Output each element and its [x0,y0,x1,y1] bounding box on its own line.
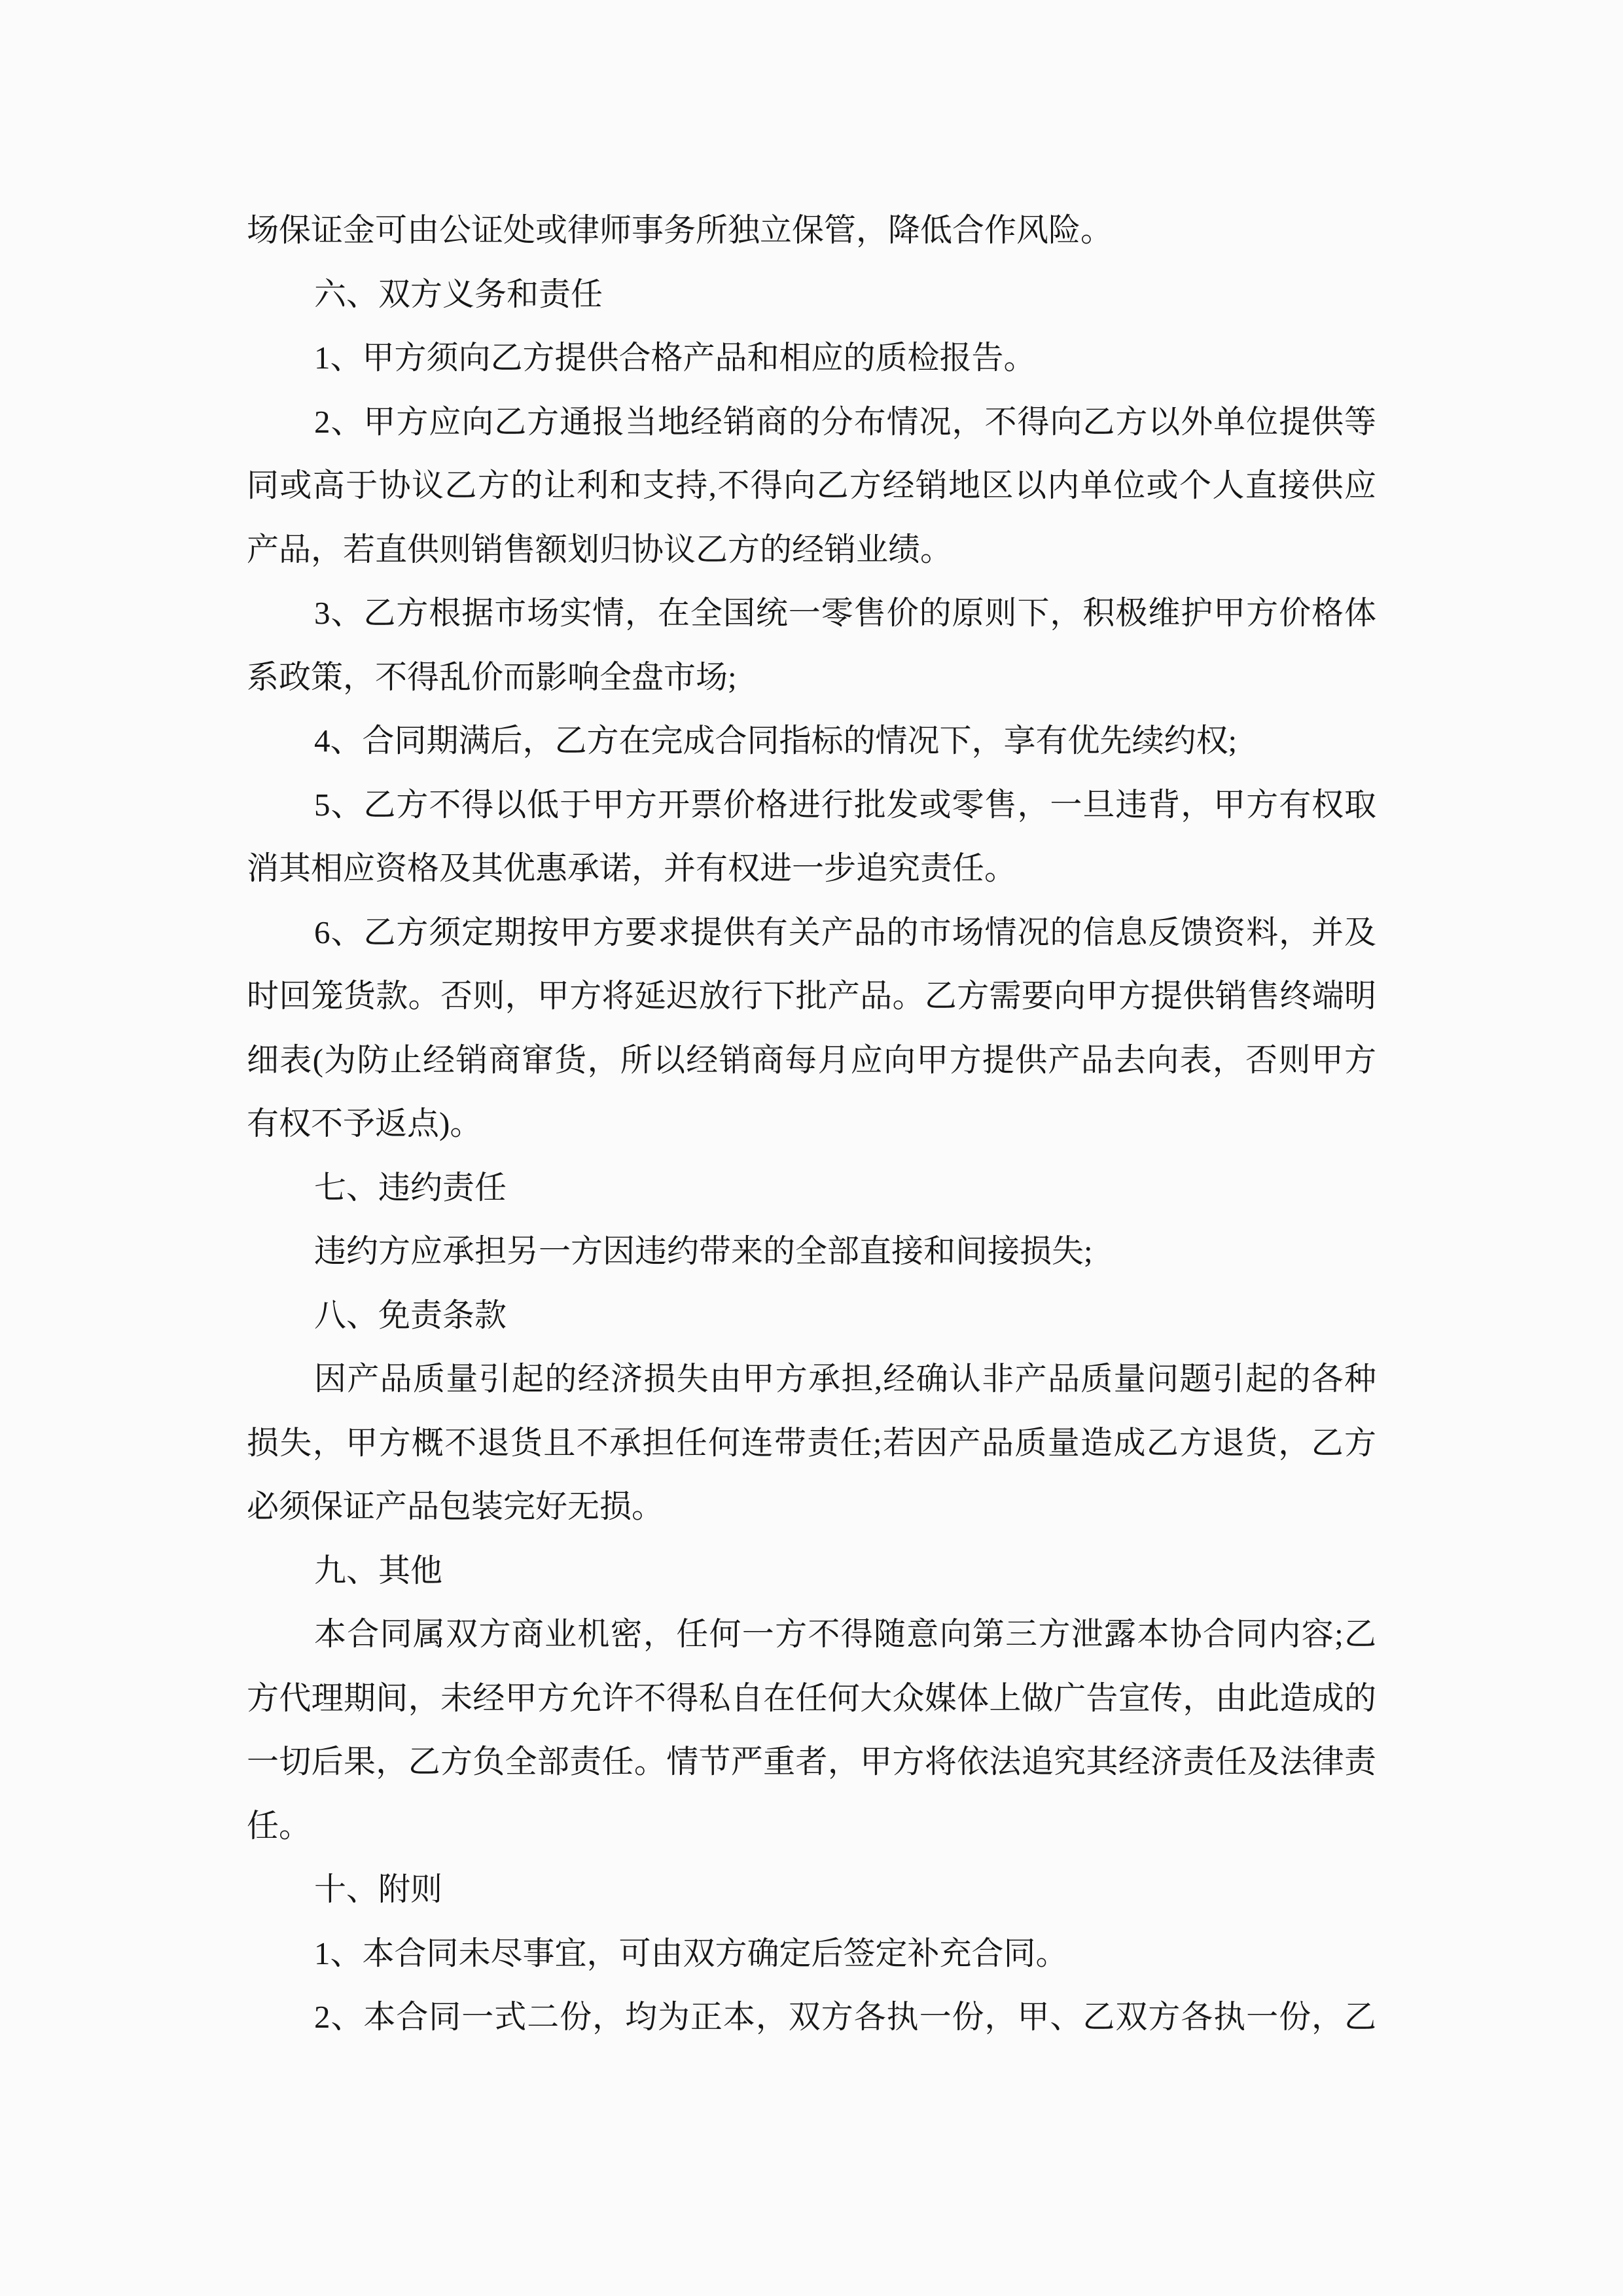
text-line: 六、双方义务和责任 [247,262,1376,327]
text-line: 九、其他 [247,1539,1376,1603]
text-line: 5、乙方不得以低于甲方开票价格进行批发或零售，一旦违背，甲方有权取 [247,773,1376,837]
text-line: 因产品质量引起的经济损失由甲方承担,经确认非产品质量问题引起的各种 [247,1347,1376,1411]
text-line: 有权不予返点)。 [247,1092,1376,1156]
document-page: 场保证金可由公证处或律师事务所独立保管，降低合作风险。 六、双方义务和责任 1、… [0,0,1623,2296]
contract-text-block: 场保证金可由公证处或律师事务所独立保管，降低合作风险。 六、双方义务和责任 1、… [247,198,1376,2049]
text-line: 同或高于协议乙方的让利和支持,不得向乙方经销地区以内单位或个人直接供应 [247,454,1376,518]
text-line: 本合同属双方商业机密，任何一方不得随意向第三方泄露本协合同内容;乙 [247,1602,1376,1666]
text-line: 4、合同期满后，乙方在完成合同指标的情况下，享有优先续约权; [247,709,1376,773]
text-line: 消其相应资格及其优惠承诺，并有权进一步追究责任。 [247,836,1376,901]
text-line: 八、免责条款 [247,1283,1376,1348]
text-line: 6、乙方须定期按甲方要求提供有关产品的市场情况的信息反馈资料，并及 [247,901,1376,965]
text-line: 细表(为防止经销商窜货，所以经销商每月应向甲方提供产品去向表，否则甲方 [247,1028,1376,1092]
text-line: 3、乙方根据市场实情，在全国统一零售价的原则下，积极维护甲方价格体 [247,581,1376,645]
text-line: 产品，若直供则销售额划归协议乙方的经销业绩。 [247,518,1376,582]
text-line: 必须保证产品包装完好无损。 [247,1475,1376,1539]
text-line: 1、甲方须向乙方提供合格产品和相应的质检报告。 [247,326,1376,390]
text-line: 任。 [247,1794,1376,1858]
text-line: 2、本合同一式二份，均为正本，双方各执一份，甲、乙双方各执一份，乙 [247,1985,1376,2049]
text-line: 违约方应承担另一方因违约带来的全部直接和间接损失; [247,1219,1376,1283]
text-line: 2、甲方应向乙方通报当地经销商的分布情况，不得向乙方以外单位提供等 [247,390,1376,454]
text-line: 十、附则 [247,1857,1376,1922]
text-line: 七、违约责任 [247,1156,1376,1220]
text-line: 方代理期间，未经甲方允许不得私自在任何大众媒体上做广告宣传，由此造成的 [247,1666,1376,1731]
text-line: 损失，甲方概不退货且不承担任何连带责任;若因产品质量造成乙方退货，乙方 [247,1411,1376,1475]
text-line: 系政策，不得乱价而影响全盘市场; [247,645,1376,709]
text-line: 场保证金可由公证处或律师事务所独立保管，降低合作风险。 [247,198,1376,262]
text-line: 时回笼货款。否则，甲方将延迟放行下批产品。乙方需要向甲方提供销售终端明 [247,964,1376,1028]
text-line: 一切后果，乙方负全部责任。情节严重者，甲方将依法追究其经济责任及法律责 [247,1730,1376,1794]
text-line: 1、本合同未尽事宜，可由双方确定后签定补充合同。 [247,1922,1376,1986]
